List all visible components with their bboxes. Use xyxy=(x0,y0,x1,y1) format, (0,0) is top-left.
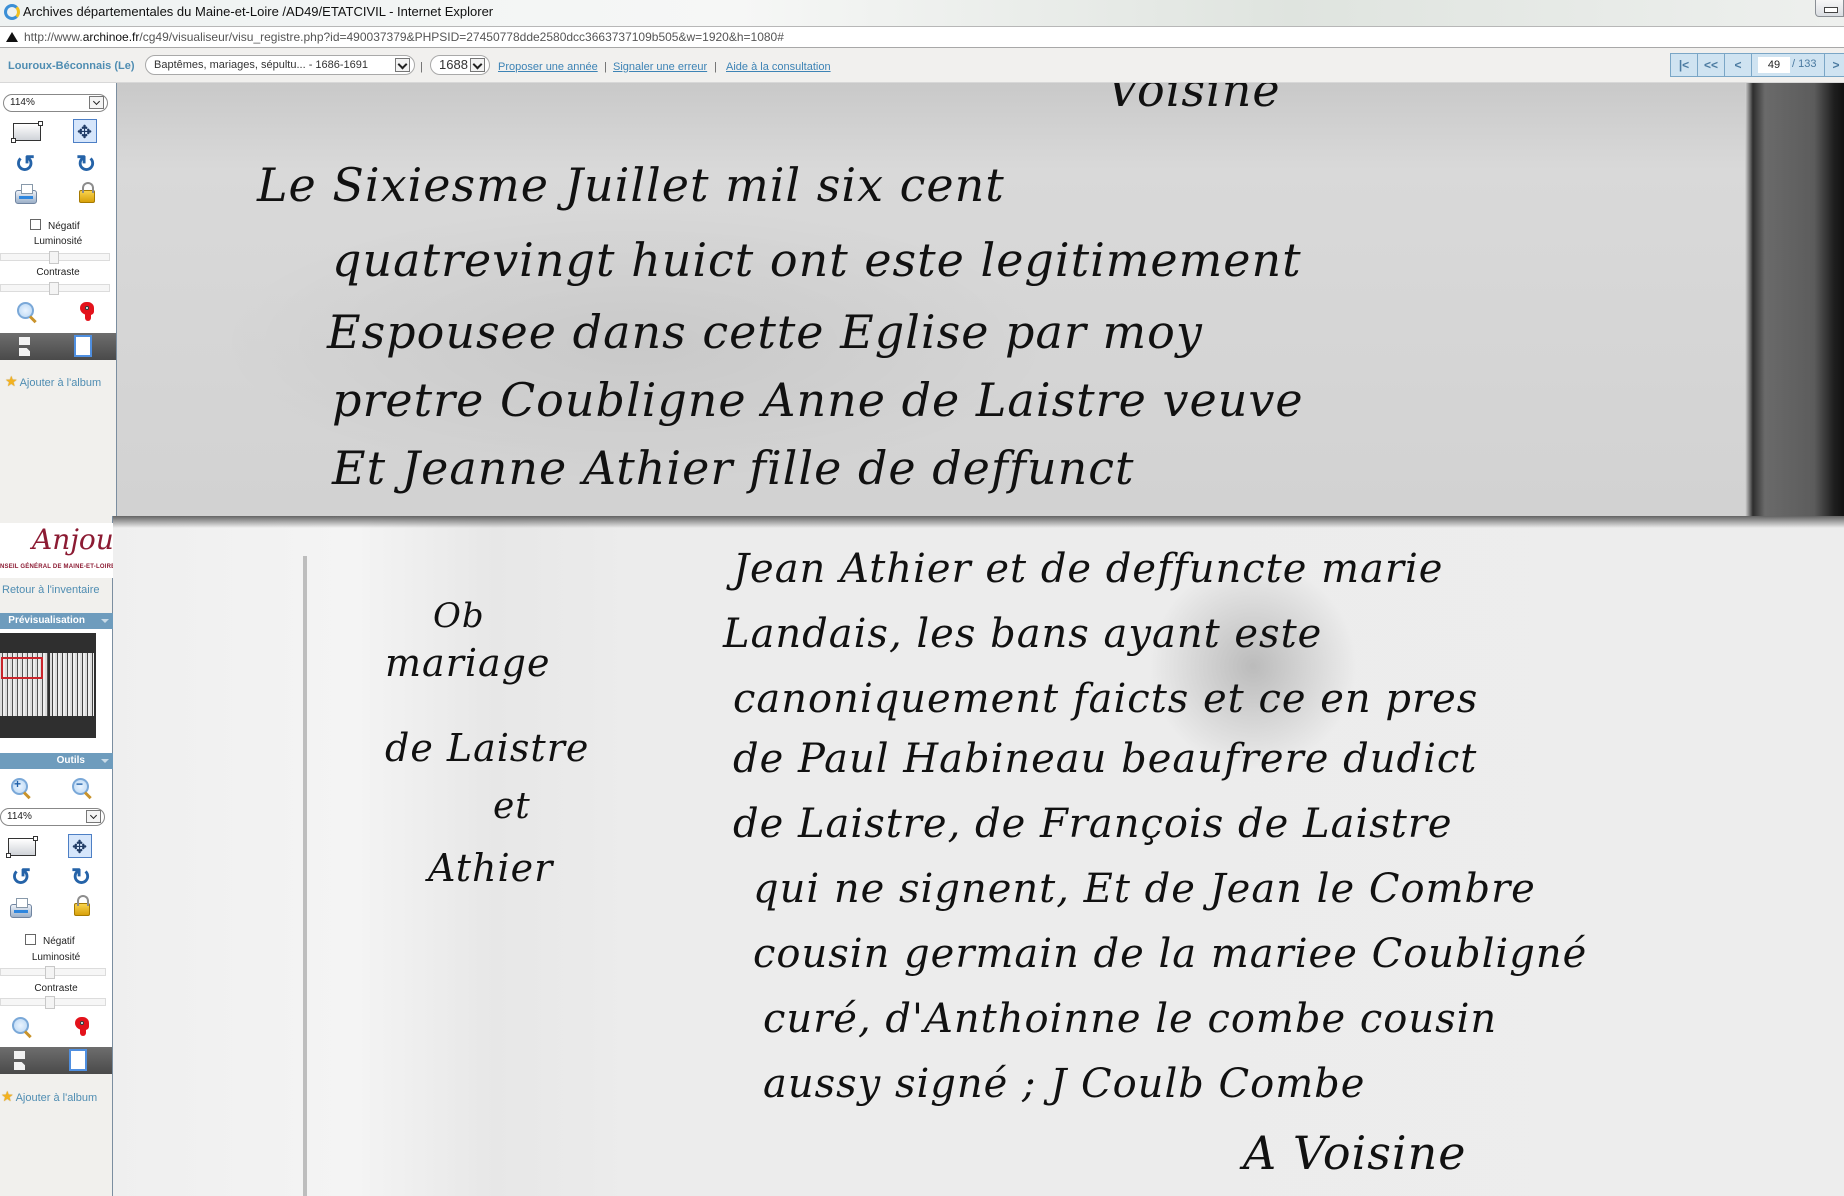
rotate-right-icon[interactable]: ↻ xyxy=(73,153,99,177)
brightness-slider[interactable] xyxy=(0,253,110,261)
contrast-label: Contraste xyxy=(0,267,116,278)
collapse-chevron-icon[interactable] xyxy=(101,619,109,623)
handwriting-line: Et Jeanne Athier fille de deffunct xyxy=(332,441,1134,495)
chevron-down-icon[interactable] xyxy=(86,810,101,823)
rotate-left-icon[interactable]: ↺ xyxy=(12,153,38,177)
magnifier-icon[interactable] xyxy=(12,1017,32,1037)
thumbnail-viewport-frame[interactable] xyxy=(1,657,43,679)
margin-rule xyxy=(303,556,307,1196)
propose-year-link[interactable]: Proposer une année xyxy=(498,61,598,73)
add-to-album-label: Ajouter à l'album xyxy=(20,377,102,389)
commune-name: Louroux-Béconnais (Le) xyxy=(8,60,135,72)
handwriting-line: Jean Athier et de deffuncte marie xyxy=(733,546,1443,592)
margin-note-line: Athier xyxy=(428,846,553,890)
minimize-button[interactable] xyxy=(1815,0,1844,17)
handwriting-line: Espousee dans cette Eglise par moy xyxy=(327,305,1203,359)
lock-icon[interactable] xyxy=(74,903,90,916)
separator: | xyxy=(420,61,423,73)
red-figure-icon[interactable] xyxy=(79,302,95,322)
brightness-label: Luminosité xyxy=(0,952,112,963)
anjou-logo: Anjou NSEIL GÉNÉRAL DE MAINE-ET-LOIRE xyxy=(0,523,113,578)
navigation-sidebar: Anjou NSEIL GÉNÉRAL DE MAINE-ET-LOIRE Re… xyxy=(0,516,113,1196)
view-mode-bar xyxy=(0,1047,112,1074)
previous-page-button[interactable]: < xyxy=(1725,54,1752,76)
handwriting-line: qui ne signent, Et de Jean le Combre xyxy=(753,866,1536,912)
handwriting-line: quatrevingt huict ont este legitimement xyxy=(332,233,1302,287)
year-select-value: 1688 xyxy=(439,57,468,72)
margin-note-line: Ob xyxy=(433,596,485,636)
zoom-level-select[interactable]: 114% xyxy=(3,94,108,112)
preview-thumbnail[interactable] xyxy=(0,633,96,738)
margin-note-line: de Laistre xyxy=(385,726,589,770)
rotate-left-icon[interactable]: ↺ xyxy=(8,866,34,890)
split-view-icon[interactable] xyxy=(19,337,30,356)
tools-sidebar: 114% ↺ ↻ Négatif Luminosité Contraste ★A… xyxy=(0,83,117,516)
book-gutter xyxy=(1745,83,1844,516)
zoom-level-value: 114% xyxy=(10,97,35,108)
negative-label: Négatif xyxy=(48,221,80,232)
internet-explorer-icon xyxy=(4,4,20,20)
window-title: Archives départementales du Maine-et-Loi… xyxy=(23,4,493,19)
tools-header-label: Outils xyxy=(57,755,85,766)
page-navigator: |< << < / 133 > xyxy=(1670,53,1844,77)
handwriting-line: Landais, les bans ayant este xyxy=(723,611,1322,657)
chevron-down-icon[interactable] xyxy=(89,96,104,109)
star-icon: ★ xyxy=(1,1088,14,1104)
window-title-bar: Archives départementales du Maine-et-Loi… xyxy=(0,0,1844,26)
page-total: / 133 xyxy=(1792,58,1816,70)
separator: | xyxy=(604,61,607,73)
red-figure-icon[interactable] xyxy=(74,1017,90,1037)
handwriting-line: pretre Coubligne Anne de Laistre veuve xyxy=(332,373,1304,427)
year-select[interactable]: 1688 xyxy=(430,55,490,75)
register-image-bottom[interactable]: Ob mariage de Laistre et Athier Jean Ath… xyxy=(113,516,1844,1196)
print-icon[interactable] xyxy=(10,904,32,918)
zoom-out-icon[interactable]: − xyxy=(72,778,92,798)
chevron-down-icon[interactable] xyxy=(395,58,410,72)
single-page-icon[interactable] xyxy=(74,335,92,357)
zoom-in-icon[interactable]: + xyxy=(11,778,31,798)
handwriting-signature: A Voisine xyxy=(1243,1126,1466,1180)
rewind-button[interactable]: << xyxy=(1698,54,1725,76)
split-view-icon[interactable] xyxy=(14,1051,25,1070)
slider-thumb[interactable] xyxy=(49,251,59,264)
single-page-icon[interactable] xyxy=(69,1049,87,1071)
lock-icon[interactable] xyxy=(79,190,95,203)
zoom-level-value: 114% xyxy=(7,811,32,822)
negative-checkbox[interactable] xyxy=(30,219,41,230)
contrast-slider[interactable] xyxy=(0,998,106,1006)
view-mode-bar xyxy=(0,333,116,360)
slider-thumb[interactable] xyxy=(49,282,59,295)
help-link[interactable]: Aide à la consultation xyxy=(726,61,831,73)
select-area-icon[interactable] xyxy=(13,123,41,141)
margin-note-line: et xyxy=(493,786,531,827)
brightness-label: Luminosité xyxy=(0,236,116,247)
first-page-button[interactable]: |< xyxy=(1671,54,1698,76)
brightness-slider[interactable] xyxy=(0,968,106,976)
add-to-album-link[interactable]: ★Ajouter à l'album xyxy=(1,1088,97,1105)
magnifier-icon[interactable] xyxy=(17,302,37,322)
thumbnail-right-page xyxy=(50,653,94,716)
handwriting-line: de Paul Habineau beaufrere dudict xyxy=(733,736,1477,782)
register-select-value: Baptêmes, mariages, sépultu... - 1686-16… xyxy=(154,59,368,71)
contrast-label: Contraste xyxy=(0,983,112,994)
tools-panel xyxy=(0,83,116,333)
add-to-album-link[interactable]: ★Ajouter à l'album xyxy=(5,373,101,390)
handwriting-fragment: Voisine xyxy=(1107,83,1281,117)
fit-screen-icon[interactable] xyxy=(68,834,92,858)
page-number-input[interactable] xyxy=(1758,57,1790,73)
star-icon: ★ xyxy=(5,373,18,389)
site-favicon-icon xyxy=(4,30,18,44)
handwriting-line: canoniquement faicts et ce en pres xyxy=(733,676,1478,722)
logo-script: Anjou xyxy=(32,523,114,556)
handwriting-line: curé, d'Anthoinne le combe cousin xyxy=(763,996,1497,1042)
slider-thumb[interactable] xyxy=(45,996,55,1009)
register-select[interactable]: Baptêmes, mariages, sépultu... - 1686-16… xyxy=(145,55,415,75)
fit-screen-icon[interactable] xyxy=(73,119,97,143)
select-area-icon[interactable] xyxy=(8,838,36,856)
report-error-link[interactable]: Signaler une erreur xyxy=(613,61,707,73)
logo-subtitle: NSEIL GÉNÉRAL DE MAINE-ET-LOIRE xyxy=(0,564,115,570)
url-field[interactable]: http://www.archinoe.fr/cg49/visualiseur/… xyxy=(24,30,784,44)
margin-note-line: mariage xyxy=(385,641,550,685)
negative-checkbox[interactable] xyxy=(25,934,36,945)
print-icon[interactable] xyxy=(15,190,37,204)
page-edge-shadow xyxy=(113,516,1844,528)
viewer-toolbar: Louroux-Béconnais (Le) Baptêmes, mariage… xyxy=(0,48,1844,83)
page-number-box: / 133 xyxy=(1752,54,1825,76)
slider-thumb[interactable] xyxy=(45,966,55,979)
rotate-right-icon[interactable]: ↻ xyxy=(68,866,94,890)
tools-panel-header[interactable]: Outils xyxy=(0,753,113,769)
negative-label: Négatif xyxy=(43,936,75,947)
add-to-album-label: Ajouter à l'album xyxy=(16,1092,98,1104)
back-to-inventory-link[interactable]: Retour à l'inventaire xyxy=(2,584,100,596)
preview-panel-header[interactable]: Prévisualisation xyxy=(0,613,113,629)
handwriting-line: Le Sixiesme Juillet mil six cent xyxy=(257,158,1005,212)
separator: | xyxy=(714,61,717,73)
contrast-slider[interactable] xyxy=(0,284,110,292)
collapse-chevron-icon[interactable] xyxy=(101,759,109,763)
chevron-down-icon[interactable] xyxy=(470,58,485,72)
handwriting-line: de Laistre, de François de Laistre xyxy=(733,801,1453,847)
zoom-level-select[interactable]: 114% xyxy=(0,808,105,826)
register-image-top[interactable]: Voisine Le Sixiesme Juillet mil six cent… xyxy=(117,83,1844,516)
handwriting-signatures: aussy signé ; J Coulb Combe xyxy=(763,1061,1365,1107)
handwriting-line: cousin germain de la mariee Coubligné xyxy=(753,931,1587,977)
preview-header-label: Prévisualisation xyxy=(8,615,85,626)
address-bar[interactable]: http://www.archinoe.fr/cg49/visualiseur/… xyxy=(0,26,1844,48)
next-page-button[interactable]: > xyxy=(1825,54,1844,76)
